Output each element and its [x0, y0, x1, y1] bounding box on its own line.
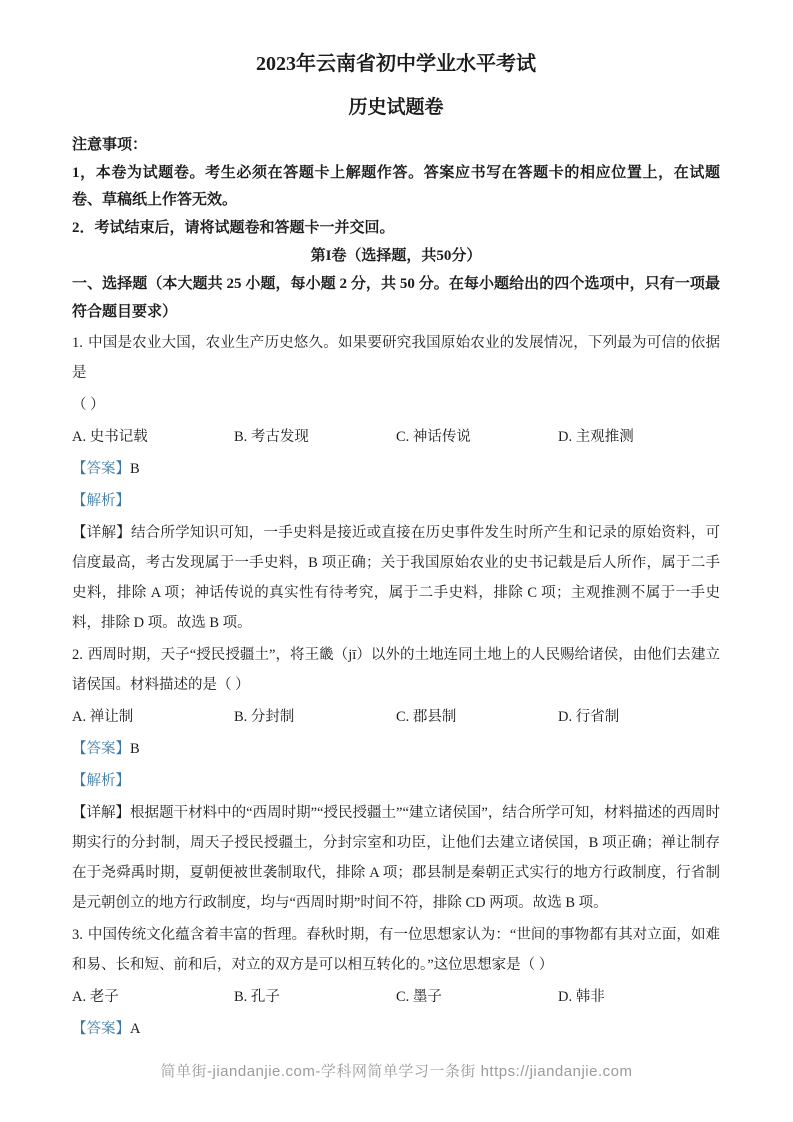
- option-b: B. 孔子: [234, 982, 396, 1012]
- answer-value: A: [130, 1021, 140, 1037]
- question-3-stem-text: 中国传统文化蕴含着丰富的哲理。春秋时期，有一位思想家认为：“世间的事物都有其对立…: [72, 927, 720, 973]
- question-3-number: 3.: [72, 927, 83, 943]
- question-1-analysis: 【解析】: [72, 486, 720, 516]
- exam-content: 2023年云南省初中学业水平考试 历史试题卷 注意事项： 1，本卷为试题卷。考生…: [0, 0, 793, 1044]
- question-2-stem: 2.西周时期，天子“授民授疆土”，将王畿（jī）以外的土地连同土地上的人民赐给诸…: [72, 640, 720, 700]
- question-3-answer: 【答案】A: [72, 1014, 720, 1044]
- question-1-bracket: （ ）: [72, 390, 720, 420]
- detail-label: 【详解】: [72, 525, 131, 541]
- question-3-stem: 3.中国传统文化蕴含着丰富的哲理。春秋时期，有一位思想家认为：“世间的事物都有其…: [72, 920, 720, 980]
- notice-section: 注意事项： 1，本卷为试题卷。考生必须在答题卡上解题作答。答案应书写在答题卡的相…: [72, 132, 720, 242]
- page-subtitle: 历史试题卷: [72, 94, 720, 122]
- option-b: B. 分封制: [234, 702, 396, 732]
- option-d: D. 韩非: [558, 982, 720, 1012]
- notice-heading: 注意事项：: [72, 132, 720, 160]
- question-1-number: 1.: [72, 335, 83, 351]
- analysis-label: 【解析】: [72, 493, 130, 509]
- question-1-stem-text: 中国是农业大国，农业生产历史悠久。如果要研究我国原始农业的发展情况，下列最为可信…: [72, 335, 720, 381]
- exam-page: 2023年云南省初中学业水平考试 历史试题卷 注意事项： 1，本卷为试题卷。考生…: [0, 0, 793, 1122]
- option-a: A. 禅让制: [72, 702, 234, 732]
- question-1: 1.中国是农业大国，农业生产历史悠久。如果要研究我国原始农业的发展情况，下列最为…: [72, 328, 720, 638]
- answer-label: 【答案】: [72, 741, 130, 757]
- option-c: C. 郡县制: [396, 702, 558, 732]
- analysis-label: 【解析】: [72, 773, 130, 789]
- question-3-options: A. 老子 B. 孔子 C. 墨子 D. 韩非: [72, 982, 720, 1012]
- detail-text: 结合所学知识可知，一手史料是接近或直接在历史事件发生时所产生和记录的原始资料，可…: [72, 525, 720, 631]
- page-title: 2023年云南省初中学业水平考试: [72, 50, 720, 78]
- question-3: 3.中国传统文化蕴含着丰富的哲理。春秋时期，有一位思想家认为：“世间的事物都有其…: [72, 920, 720, 1044]
- notice-item-2: 2．考试结束后，请将试题卷和答题卡一并交回。: [72, 215, 720, 243]
- footer-watermark: 简单街-jiandanjie.com-学科网简单学习一条街 https://ji…: [0, 1060, 793, 1081]
- option-b: B. 考古发现: [234, 422, 396, 452]
- question-2-stem-text: 西周时期，天子“授民授疆土”，将王畿（jī）以外的土地连同土地上的人民赐给诸侯，…: [72, 647, 720, 693]
- answer-label: 【答案】: [72, 461, 130, 477]
- question-2-answer: 【答案】B: [72, 734, 720, 764]
- question-1-answer: 【答案】B: [72, 454, 720, 484]
- question-2-number: 2.: [72, 647, 83, 663]
- question-2-analysis: 【解析】: [72, 766, 720, 796]
- answer-value: B: [130, 461, 140, 477]
- question-2: 2.西周时期，天子“授民授疆土”，将王畿（jī）以外的土地连同土地上的人民赐给诸…: [72, 640, 720, 918]
- question-1-detail: 【详解】结合所学知识可知，一手史料是接近或直接在历史事件发生时所产生和记录的原始…: [72, 518, 720, 638]
- answer-label: 【答案】: [72, 1021, 130, 1037]
- option-a: A. 史书记载: [72, 422, 234, 452]
- notice-item-1: 1，本卷为试题卷。考生必须在答题卡上解题作答。答案应书写在答题卡的相应位置上，在…: [72, 160, 720, 215]
- option-d: D. 行省制: [558, 702, 720, 732]
- question-1-options: A. 史书记载 B. 考古发现 C. 神话传说 D. 主观推测: [72, 422, 720, 452]
- option-a: A. 老子: [72, 982, 234, 1012]
- section-instructions: 一、选择题（本大题共 25 小题，每小题 2 分，共 50 分。在每小题给出的四…: [72, 270, 720, 326]
- answer-value: B: [130, 741, 140, 757]
- option-c: C. 墨子: [396, 982, 558, 1012]
- detail-text: 根据题干材料中的“西周时期”“授民授疆土”“建立诸侯国”，结合所学可知，材料描述…: [72, 805, 720, 911]
- detail-label: 【详解】: [72, 805, 130, 821]
- question-1-stem: 1.中国是农业大国，农业生产历史悠久。如果要研究我国原始农业的发展情况，下列最为…: [72, 328, 720, 388]
- question-2-detail: 【详解】根据题干材料中的“西周时期”“授民授疆土”“建立诸侯国”，结合所学可知，…: [72, 798, 720, 918]
- part-header: 第I卷（选择题，共50分）: [72, 242, 720, 270]
- option-c: C. 神话传说: [396, 422, 558, 452]
- question-2-options: A. 禅让制 B. 分封制 C. 郡县制 D. 行省制: [72, 702, 720, 732]
- option-d: D. 主观推测: [558, 422, 720, 452]
